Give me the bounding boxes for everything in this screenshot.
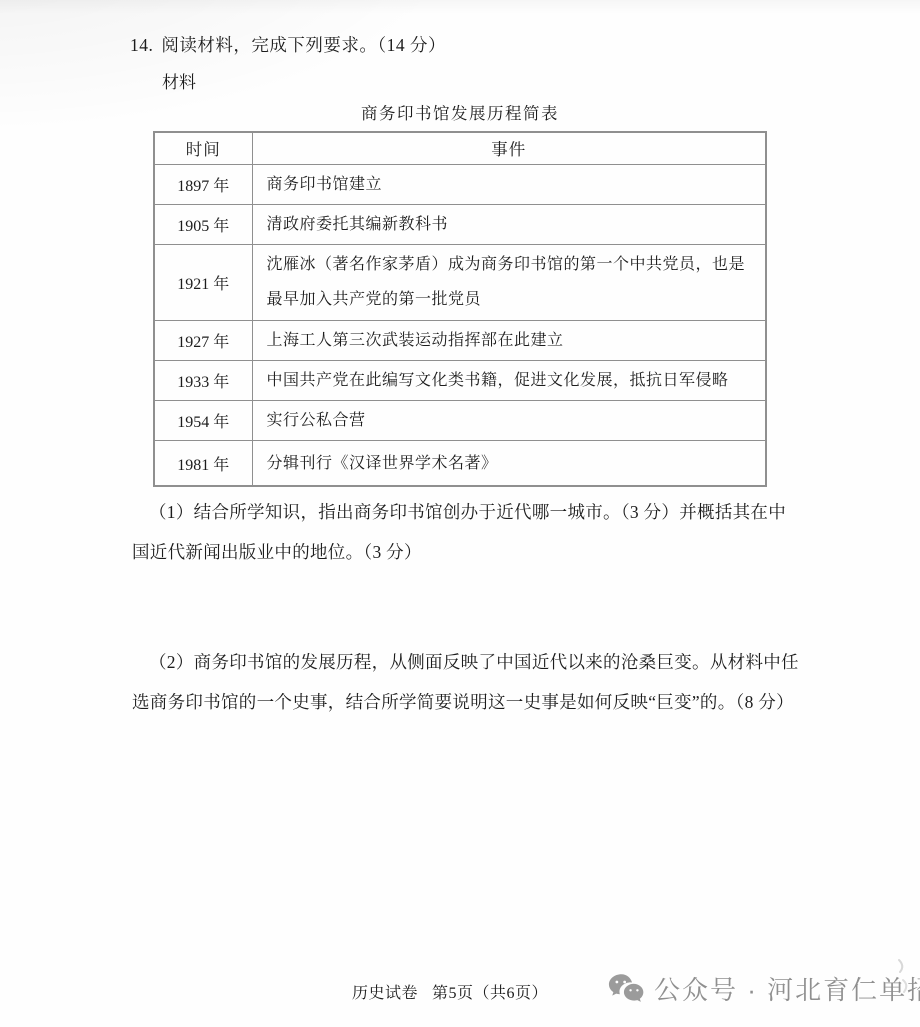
footer-page-info: 第5页（共6页） [432,985,548,1002]
row-event: 清政府委托其编新教科书 [252,204,766,244]
column-header-event: 事件 [252,132,766,164]
row-time: 1921 年 [154,244,252,320]
sub-question-2: （2）商务印书馆的发展历程，从侧面反映了中国近代以来的沧桑巨变。从材料中任 选商… [132,642,832,722]
row-time: 1933 年 [154,361,252,401]
sub-question-2-line-2: 选商务印书馆的一个史事，结合所学简要说明这一史事是如何反映“巨变”的。（8 分） [132,682,832,722]
material-label: 材料 [162,68,196,93]
sub-question-2-line-1: （2）商务印书馆的发展历程，从侧面反映了中国近代以来的沧桑巨变。从材料中任 [132,642,832,682]
table-row: 1921 年 沈雁冰（著名作家茅盾）成为商务印书馆的第一个中共党员，也是最早加入… [154,244,766,320]
row-time: 1905 年 [154,204,252,244]
sub-question-1-line-2: 国近代新闻出版业中的地位。（3 分） [132,532,832,572]
watermark-text: 公众号 · 河北育仁单招 [654,970,920,1007]
row-event: 上海工人第三次武装运动指挥部在此建立 [252,320,766,360]
row-time: 1954 年 [154,401,252,441]
table-row: 1933 年 中国共产党在此编写文化类书籍，促进文化发展，抵抗日军侵略 [154,361,766,401]
row-event: 分辑刊行《汉译世界学术名著》 [252,441,766,486]
row-event: 实行公私合营 [252,401,766,441]
row-time: 1897 年 [154,164,252,204]
exam-page: 14.阅读材料，完成下列要求。（14 分） 材料 商务印书馆发展历程简表 时间 … [0,0,920,1027]
sub-question-1-line-1: （1）结合所学知识，指出商务印书馆创办于近代哪一城市。（3 分）并概括其在中 [132,492,832,532]
wechat-icon [608,973,645,1005]
table-title: 商务印书馆发展历程简表 [153,100,767,124]
development-history-table: 时间 事件 1897 年 商务印书馆建立 1905 年 清政府委托其编新教科书 … [153,131,767,487]
footer-page-label: 历史试卷第5页（共6页） [352,980,548,1003]
table-header-row: 时间 事件 [154,132,766,164]
table-row: 1981 年 分辑刊行《汉译世界学术名著》 [154,441,766,486]
watermark: 公众号 · 河北育仁单招 [608,970,920,1007]
table-row: 1954 年 实行公私合营 [154,401,766,441]
table-row: 1897 年 商务印书馆建立 [154,164,766,204]
question-prompt: 阅读材料，完成下列要求。（14 分） [161,35,446,55]
question-number: 14. [130,35,153,55]
table-row: 1927 年 上海工人第三次武装运动指挥部在此建立 [154,320,766,360]
row-event: 沈雁冰（著名作家茅盾）成为商务印书馆的第一个中共党员，也是最早加入共产党的第一批… [252,244,766,320]
row-event: 中国共产党在此编写文化类书籍，促进文化发展，抵抗日军侵略 [252,361,766,401]
footer-paper-name: 历史试卷 [352,985,418,1002]
column-header-time: 时间 [154,132,252,164]
row-time: 1927 年 [154,320,252,360]
sub-question-1: （1）结合所学知识，指出商务印书馆创办于近代哪一城市。（3 分）并概括其在中 国… [132,492,832,572]
row-event: 商务印书馆建立 [252,164,766,204]
question-header: 14.阅读材料，完成下列要求。（14 分） [130,32,446,57]
page-curl-mark [893,958,915,994]
row-time: 1981 年 [154,441,252,486]
table-row: 1905 年 清政府委托其编新教科书 [154,204,766,244]
